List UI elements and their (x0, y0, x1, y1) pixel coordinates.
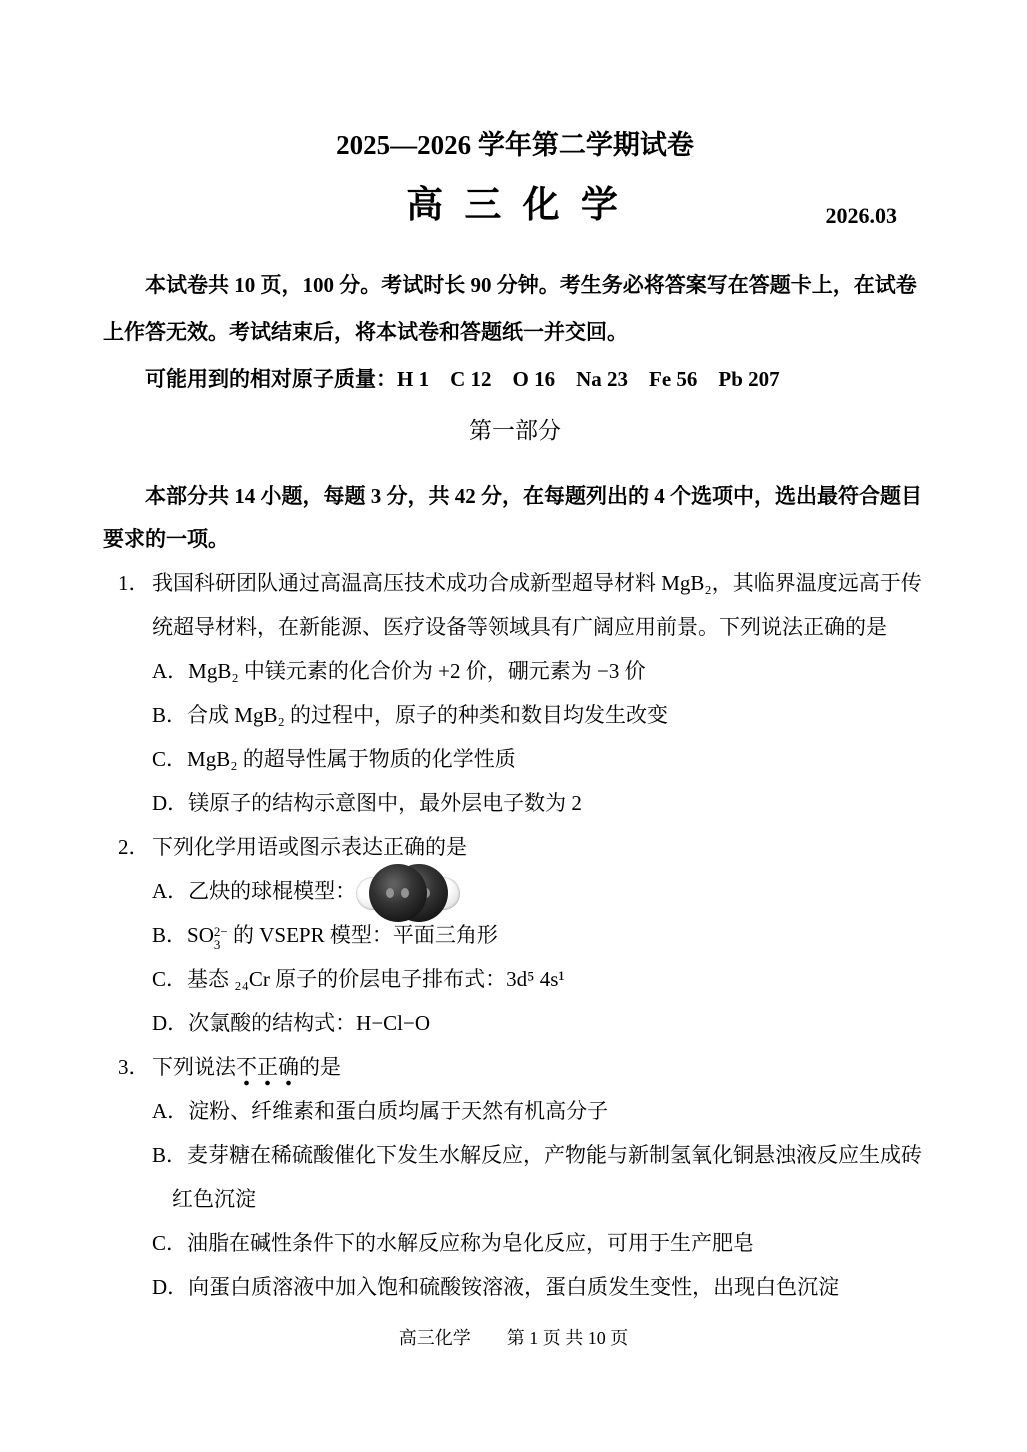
chem-formula-subscript: 3 (214, 938, 228, 951)
question-3-option-a: A．淀粉、纤维素和蛋白质均属于天然有机高分子 (152, 1089, 927, 1133)
question-stem: 下列化学用语或图示表达正确的是 (152, 825, 927, 869)
option-label: A． (152, 659, 188, 683)
option-text: MgB₂ 的超导性属于物质的化学性质 (187, 747, 516, 771)
option-label: D． (152, 1011, 188, 1035)
page-content: 2025—2026 学年第二学期试卷 高 三 化 学 2026.03 本试卷共 … (0, 0, 1027, 1309)
option-label: A． (152, 1099, 188, 1123)
atomic-mass-values: H 1 C 12 O 16 Na 23 Fe 56 Pb 207 (397, 367, 780, 391)
option-text: 向蛋白质溶液中加入饱和硫酸铵溶液，蛋白质发生变性，出现白色沉淀 (188, 1275, 839, 1299)
question-list: 1． 我国科研团队通过高温高压技术成功合成新型超导材料 MgB₂，其临界温度远高… (103, 561, 927, 1309)
section-heading: 第一部分 (103, 413, 927, 447)
question-2-option-c: C．基态 ₂₄Cr 原子的价层电子排布式：3d⁵ 4s¹ (152, 957, 927, 1001)
question-number: 3． (118, 1045, 150, 1089)
question-2-option-b: B．SO2−3 的 VSEPR 模型：平面三角形 (152, 913, 927, 957)
exam-title: 2025—2026 学年第二学期试卷 (103, 128, 927, 162)
question-2: 2． 下列化学用语或图示表达正确的是 A．乙炔的球棍模型： B．SO2−3 的 … (103, 825, 927, 1045)
section-instructions: 本部分共 14 小题，每题 3 分，共 42 分，在每题列出的 4 个选项中，选… (103, 475, 927, 561)
question-3-option-b: B．麦芽糖在稀硫酸催化下发生水解反应，产物能与新制氢氧化铜悬浊液反应生成砖红色沉… (152, 1133, 927, 1221)
question-1-option-c: C．MgB₂ 的超导性属于物质的化学性质 (152, 737, 927, 781)
option-label: C． (152, 747, 187, 771)
exam-notice: 本试卷共 10 页，100 分。考试时长 90 分钟。考生务必将答案写在答题卡上… (103, 262, 927, 356)
stem-emphasized-text: 不正确 (236, 1055, 299, 1087)
exam-paper-page: 2025—2026 学年第二学期试卷 高 三 化 学 2026.03 本试卷共 … (0, 0, 1027, 1452)
paper-title-row: 高 三 化 学 2026.03 (103, 180, 927, 232)
exam-date: 2026.03 (826, 203, 898, 229)
option-text: 麦芽糖在稀硫酸催化下发生水解反应，产物能与新制氢氧化铜悬浊液反应生成砖红色沉淀 (172, 1143, 922, 1211)
stem-prefix: 下列说法 (152, 1055, 236, 1079)
chem-formula-superscript: 2− (214, 925, 228, 938)
option-text: 基态 ₂₄Cr 原子的价层电子排布式：3d⁵ 4s¹ (187, 967, 565, 991)
question-number: 1． (118, 561, 150, 605)
question-1-option-b: B．合成 MgB₂ 的过程中，原子的种类和数目均发生改变 (152, 693, 927, 737)
question-1: 1． 我国科研团队通过高温高压技术成功合成新型超导材料 MgB₂，其临界温度远高… (103, 561, 927, 825)
option-text: 镁原子的结构示意图中，最外层电子数为 2 (188, 791, 582, 815)
paper-title: 高 三 化 学 (406, 185, 624, 226)
option-text: 乙炔的球棍模型： (188, 879, 356, 903)
question-2-option-a: A．乙炔的球棍模型： (152, 869, 927, 913)
option-text: 油脂在碱性条件下的水解反应称为皂化反应，可用于生产肥皂 (187, 1231, 754, 1255)
option-label: B． (152, 1143, 187, 1167)
atomic-mass-line: 可能用到的相对原子质量：H 1 C 12 O 16 Na 23 Fe 56 Pb… (103, 356, 927, 403)
option-label: A． (152, 879, 188, 903)
question-stem: 我国科研团队通过高温高压技术成功合成新型超导材料 MgB₂，其临界温度远高于传统… (152, 561, 927, 649)
option-text: 的 VSEPR 模型：平面三角形 (228, 923, 498, 947)
question-1-option-a: A．MgB₂ 中镁元素的化合价为 +2 价，硼元素为 −3 价 (152, 649, 927, 693)
option-text: 淀粉、纤维素和蛋白质均属于天然有机高分子 (188, 1099, 608, 1123)
carbon-atom-icon (369, 864, 427, 922)
question-3: 3． 下列说法不正确的是 A．淀粉、纤维素和蛋白质均属于天然有机高分子 B．麦芽… (103, 1045, 927, 1309)
chem-formula-stack: 2−3 (214, 925, 228, 951)
option-label: C． (152, 1231, 187, 1255)
atomic-mass-label: 可能用到的相对原子质量： (145, 367, 397, 391)
question-3-option-c: C．油脂在碱性条件下的水解反应称为皂化反应，可用于生产肥皂 (152, 1221, 927, 1265)
question-number: 2． (118, 825, 150, 869)
stem-suffix: 的是 (299, 1055, 341, 1079)
option-text: 合成 MgB₂ 的过程中，原子的种类和数目均发生改变 (187, 703, 668, 727)
option-label: B． (152, 703, 187, 727)
acetylene-model-image (356, 863, 460, 923)
option-label: D． (152, 791, 188, 815)
option-label: C． (152, 967, 187, 991)
question-stem: 下列说法不正确的是 (152, 1045, 927, 1089)
option-text: MgB₂ 中镁元素的化合价为 +2 价，硼元素为 −3 价 (188, 659, 645, 683)
question-3-option-d: D．向蛋白质溶液中加入饱和硫酸铵溶液，蛋白质发生变性，出现白色沉淀 (152, 1265, 927, 1309)
chem-formula-base: SO (187, 923, 214, 947)
question-2-option-d: D．次氯酸的结构式：H−Cl−O (152, 1001, 927, 1045)
option-label: D． (152, 1275, 188, 1299)
option-text: 次氯酸的结构式：H−Cl−O (188, 1011, 430, 1035)
option-label: B． (152, 923, 187, 947)
question-1-option-d: D．镁原子的结构示意图中，最外层电子数为 2 (152, 781, 927, 825)
page-footer: 高三化学 第 1 页 共 10 页 (0, 1326, 1027, 1350)
